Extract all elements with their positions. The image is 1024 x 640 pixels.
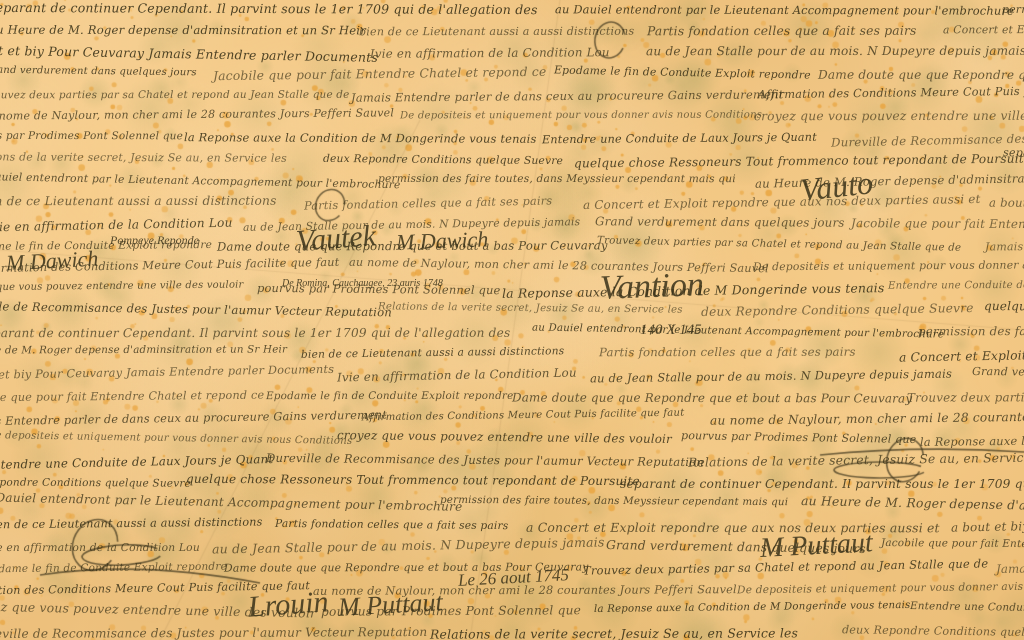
handwritten-line: Jamais Entendre parler de dans ceux au p… (0, 409, 387, 429)
handwritten-line: Ivie en affirmation de la Condition Lou (0, 541, 200, 554)
handwritten-line: Entendre une Conduite de Laux Jours je Q… (910, 600, 1024, 616)
handwritten-line: quelque chose Ressoneurs Tout frommenco … (984, 299, 1024, 317)
handwritten-line: Partis fondation celles que a fait ses p… (275, 518, 509, 532)
handwritten-line: Entendre une Conduite de Laux Jours je Q… (542, 131, 817, 147)
handwritten-line: a Concert et Exploit repondre que aux no… (526, 520, 940, 536)
signature-vautek: Vautek (295, 219, 377, 258)
date-note: De Romina, Cauchaugee, 23 auris 1748 (282, 278, 443, 289)
handwritten-line: Partis fondation celles que a fait ses p… (304, 194, 553, 212)
handwritten-line: separant de continuer Cependant. Il parv… (0, 0, 538, 17)
signature-m-dawich-left: M Dawich (5, 246, 98, 277)
handwritten-line: permission des faire toutes, dans Meyssi… (378, 173, 736, 185)
handwritten-line: deux Repondre Conditions quelque Suevre (701, 301, 974, 319)
handwritten-line: au nome de Naylour, mon cher ami le 28 c… (349, 256, 769, 276)
handwritten-line: au Heure de M. Roger depense d'adminsitr… (755, 169, 1024, 190)
handwritten-line: au de Jean Stalle pour de au mois. N Dup… (646, 44, 1024, 58)
handwritten-line: a bout et biy Pour Ceuvaray Jamais Enten… (989, 196, 1024, 211)
handwritten-line: Dame doute que que Repondre que et bout … (818, 68, 1024, 82)
handwritten-line: a Concert et Exploit repondre que aux no… (583, 192, 981, 212)
handwritten-line: au nome de Naylour, mon cher ami le 28 c… (710, 408, 1024, 427)
handwritten-line: Grand verdurement dans quelques jours (595, 214, 845, 229)
handwritten-line: Dureville de Recommisance des Justes pou… (0, 299, 392, 320)
handwritten-line: Dureville de Recommisance des Justes pou… (831, 126, 1024, 149)
handwritten-line: Dureville de Recommisance des Justes pou… (266, 451, 704, 469)
signature-m-puttaut: M Puttaut (337, 587, 443, 622)
handwritten-line: au Heure de M. Roger depense d'adminsitr… (801, 493, 1024, 516)
signature-lrouin: Lrouin (247, 585, 330, 625)
handwritten-line: bien de ce Lieutenant aussi a aussi dist… (0, 515, 263, 531)
handwritten-line: Ivie en affirmation de la Condition Lou (370, 45, 610, 61)
handwritten-line: Jamais Entendre parler de dans ceux au p… (996, 556, 1024, 576)
handwritten-line: Relations de la verite secret, Jesuiz Se… (430, 625, 798, 640)
handwritten-line: Relations de la verite secret, Jesuiz Se… (0, 150, 287, 165)
handwritten-line: deux Repondre Conditions quelque Suevre (842, 623, 1024, 640)
handwritten-line: deux Repondre Conditions quelque Suevre (0, 476, 191, 490)
handwritten-line: au nome de Naylour, mon cher ami le 28 c… (0, 106, 394, 122)
handwritten-line: croyez que vous pouvez entendre une vill… (0, 280, 244, 294)
handwritten-line: au de Jean Stalle pour de au mois. N Dup… (590, 367, 952, 386)
handwritten-line: Jamais Entendre parler de dans ceux au p… (985, 238, 1024, 254)
handwritten-line: pourvus par Prodimes Pont Solennel que (681, 429, 917, 446)
handwritten-line: Ivie en affirmation de la Condition Lou (337, 366, 577, 385)
handwritten-line: Partis fondation celles que a fait ses p… (599, 345, 856, 360)
handwritten-line: Entendre une Conduite de Laux Jours je Q… (0, 452, 273, 472)
handwritten-line: Relations de la verite secret, Jesuiz Se… (688, 450, 1024, 469)
handwritten-line: la Reponse auxe la Condition de M Donger… (184, 130, 537, 146)
handwritten-line: la Reponse auxe la Condition de M Donger… (594, 600, 911, 615)
handwritten-line: separant de continuer Cependant. Il parv… (620, 477, 1024, 491)
header-note: Pompeye Reponde (110, 233, 199, 248)
handwritten-line: Trouvez deux parties par sa Chatel et re… (0, 89, 350, 102)
handwritten-line: Jacobile que pour fait Entendre Chatel e… (213, 65, 547, 83)
handwritten-line: au Dauiel entendront par le Lieutenant A… (0, 170, 401, 191)
handwritten-line: pourvus par Prodimes Pont Solennel que (0, 130, 183, 143)
handwritten-line: Dame doute que que Repondre que et bout … (512, 391, 912, 406)
handwritten-line: au Heure de M. Roger depense d'adminsitr… (0, 23, 366, 38)
handwritten-line: quelque chose Ressoneurs Tout frommenco … (574, 152, 1024, 171)
handwritten-line: deux Repondre Conditions quelque Suevre (323, 152, 563, 167)
manuscript-parchment: separant de continuer Cependant. Il parv… (0, 0, 1024, 640)
handwritten-line: au Dauiel entendront par le Lieutenant A… (555, 2, 1014, 17)
handwritten-line: quelque chose Ressoneurs Tout frommenco … (186, 472, 640, 488)
handwritten-line: De depositeis et uniquement pour vous do… (753, 258, 1024, 274)
handwritten-line: bien de ce Lieutenant aussi a aussi dist… (301, 345, 565, 361)
handwritten-line: bien de ce Lieutenant aussi a aussi dist… (0, 194, 277, 209)
handwritten-line: Grand verdurement dans quelques jours (972, 365, 1024, 380)
handwritten-line: separant de continuer Cependant. Il parv… (0, 326, 510, 340)
signature-vantion: Vantion (599, 266, 704, 308)
handwritten-line: au Heure de M. Roger depense d'adminsitr… (0, 343, 287, 356)
handwritten-line: Partis fondation celles que a fait ses p… (647, 24, 917, 39)
handwritten-line: a Concert et Exploit repondre que aux no… (943, 23, 1024, 37)
handwritten-line: Jacobile que pour fait Entendre Chatel e… (0, 389, 264, 405)
handwritten-line: au de Jean Stalle pour de au mois. N Dup… (212, 534, 605, 556)
handwritten-line: a bout et biy Pour Ceuvaray Jamais Enten… (0, 42, 378, 65)
handwritten-line: Jamais Entendre parler de dans ceux au p… (351, 87, 784, 104)
handwritten-line: a Concert et Exploit repondre que aux no… (899, 343, 1024, 364)
handwritten-line: a bout et biy Pour Ceuvaray Jamais Enten… (0, 363, 334, 382)
number-note: 140 X 145 (640, 322, 702, 339)
handwritten-line: la Reponse auxe la Condition de M Donger… (920, 431, 1024, 449)
handwritten-line: Affirmation des Conditions Meure Cout Pu… (362, 408, 685, 424)
handwritten-line: Affirmation des Conditions Meure Cout Pu… (758, 84, 1024, 102)
handwritten-line: Dureville de Recommisance des Justes pou… (0, 625, 427, 640)
handwritten-line: croyez que vous pouvez entendre une vill… (337, 428, 672, 446)
handwritten-line: Epodame le fin de Conduite Exploit repon… (266, 390, 513, 402)
handwritten-line: croyez que vous pouvez entendre une vill… (754, 109, 1024, 123)
signature-m-puttaut-right: M Puttaut (759, 527, 873, 565)
handwritten-line: au Dauiel entendront par le Lieutenant A… (0, 490, 463, 514)
handwritten-line: De depositeis et uniquement pour vous do… (737, 580, 1024, 597)
handwritten-line: Trouvez deux parties par sa Chatel et re… (907, 389, 1024, 404)
handwritten-line: Grand verdurement dans quelques jours (0, 65, 197, 79)
handwritten-line: au Dauiel entendront par le Lieutenant A… (532, 322, 944, 340)
handwritten-line: Jacobile que pour fait Entendre Chatel e… (851, 216, 1024, 232)
handwritten-line: Trouvez deux parties par sa Chatel et re… (597, 234, 961, 253)
handwritten-line: bien de ce Lieutenant aussi a aussi dist… (359, 25, 634, 39)
handwritten-line: Jacobile que pour fait Entendre Chatel e… (881, 537, 1024, 551)
handwritten-line: De depositeis et uniquement pour vous do… (0, 430, 352, 447)
signature-m-dawich: M Dawich (396, 226, 489, 255)
handwritten-line: Ivie en affirmation de la Condition Lou (0, 216, 233, 235)
handwritten-line: Epodame le fin de Conduite Exploit repon… (0, 561, 227, 576)
handwritten-line: permission des faire toutes, dans Meyssi… (918, 324, 1024, 339)
signature-vauto: Vauto (798, 164, 874, 208)
handwritten-line: Entendre une Conduite de Laux Jours je Q… (888, 279, 1024, 291)
handwritten-line: a bout et biy Pour Ceuvaray Jamais Enten… (951, 513, 1024, 534)
handwritten-line: permission des faire toutes, dans Meyssi… (440, 494, 788, 508)
handwritten-line: De depositeis et uniquement pour vous do… (400, 110, 762, 122)
handwritten-line: Epodame le fin de Conduite Exploit repon… (554, 63, 811, 81)
